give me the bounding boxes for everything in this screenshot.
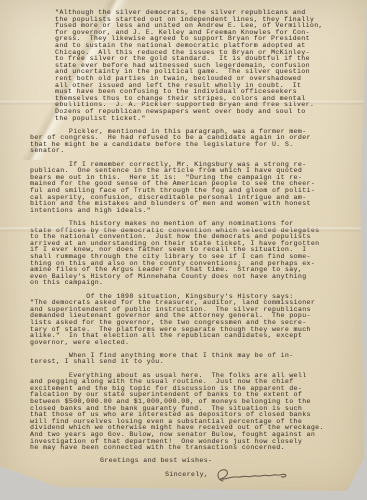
signature	[213, 467, 291, 485]
letter-page: "Although the silver democrats, the silv…	[0, 0, 367, 495]
paragraph-list: "Although the silver democrats, the silv…	[30, 10, 352, 465]
paragraph-closing: Greetings and best wishes-	[100, 458, 352, 465]
paragraph-body: This history makes no mention of any nom…	[30, 221, 352, 287]
paragraph-body: Everything about as usual here. The folk…	[30, 373, 352, 452]
paragraph-body: When I find anything more that I think m…	[30, 353, 352, 366]
paragraph-body: Pickler, mentioned in this paragraph, wa…	[30, 129, 352, 155]
paragraph-body: If I remember correctly, Mr. Kingsbury w…	[30, 162, 352, 215]
paragraph-body: Of the 1898 situation, Kingsbury's Histo…	[30, 294, 352, 347]
signoff-label: Sincerely,	[165, 472, 208, 479]
signoff-line: Sincerely,	[165, 472, 352, 485]
letter-body: "Although the silver democrats, the silv…	[30, 10, 352, 485]
paragraph-quote: "Although the silver democrats, the silv…	[55, 10, 352, 122]
photo-backdrop: "Although the silver democrats, the silv…	[0, 0, 367, 500]
